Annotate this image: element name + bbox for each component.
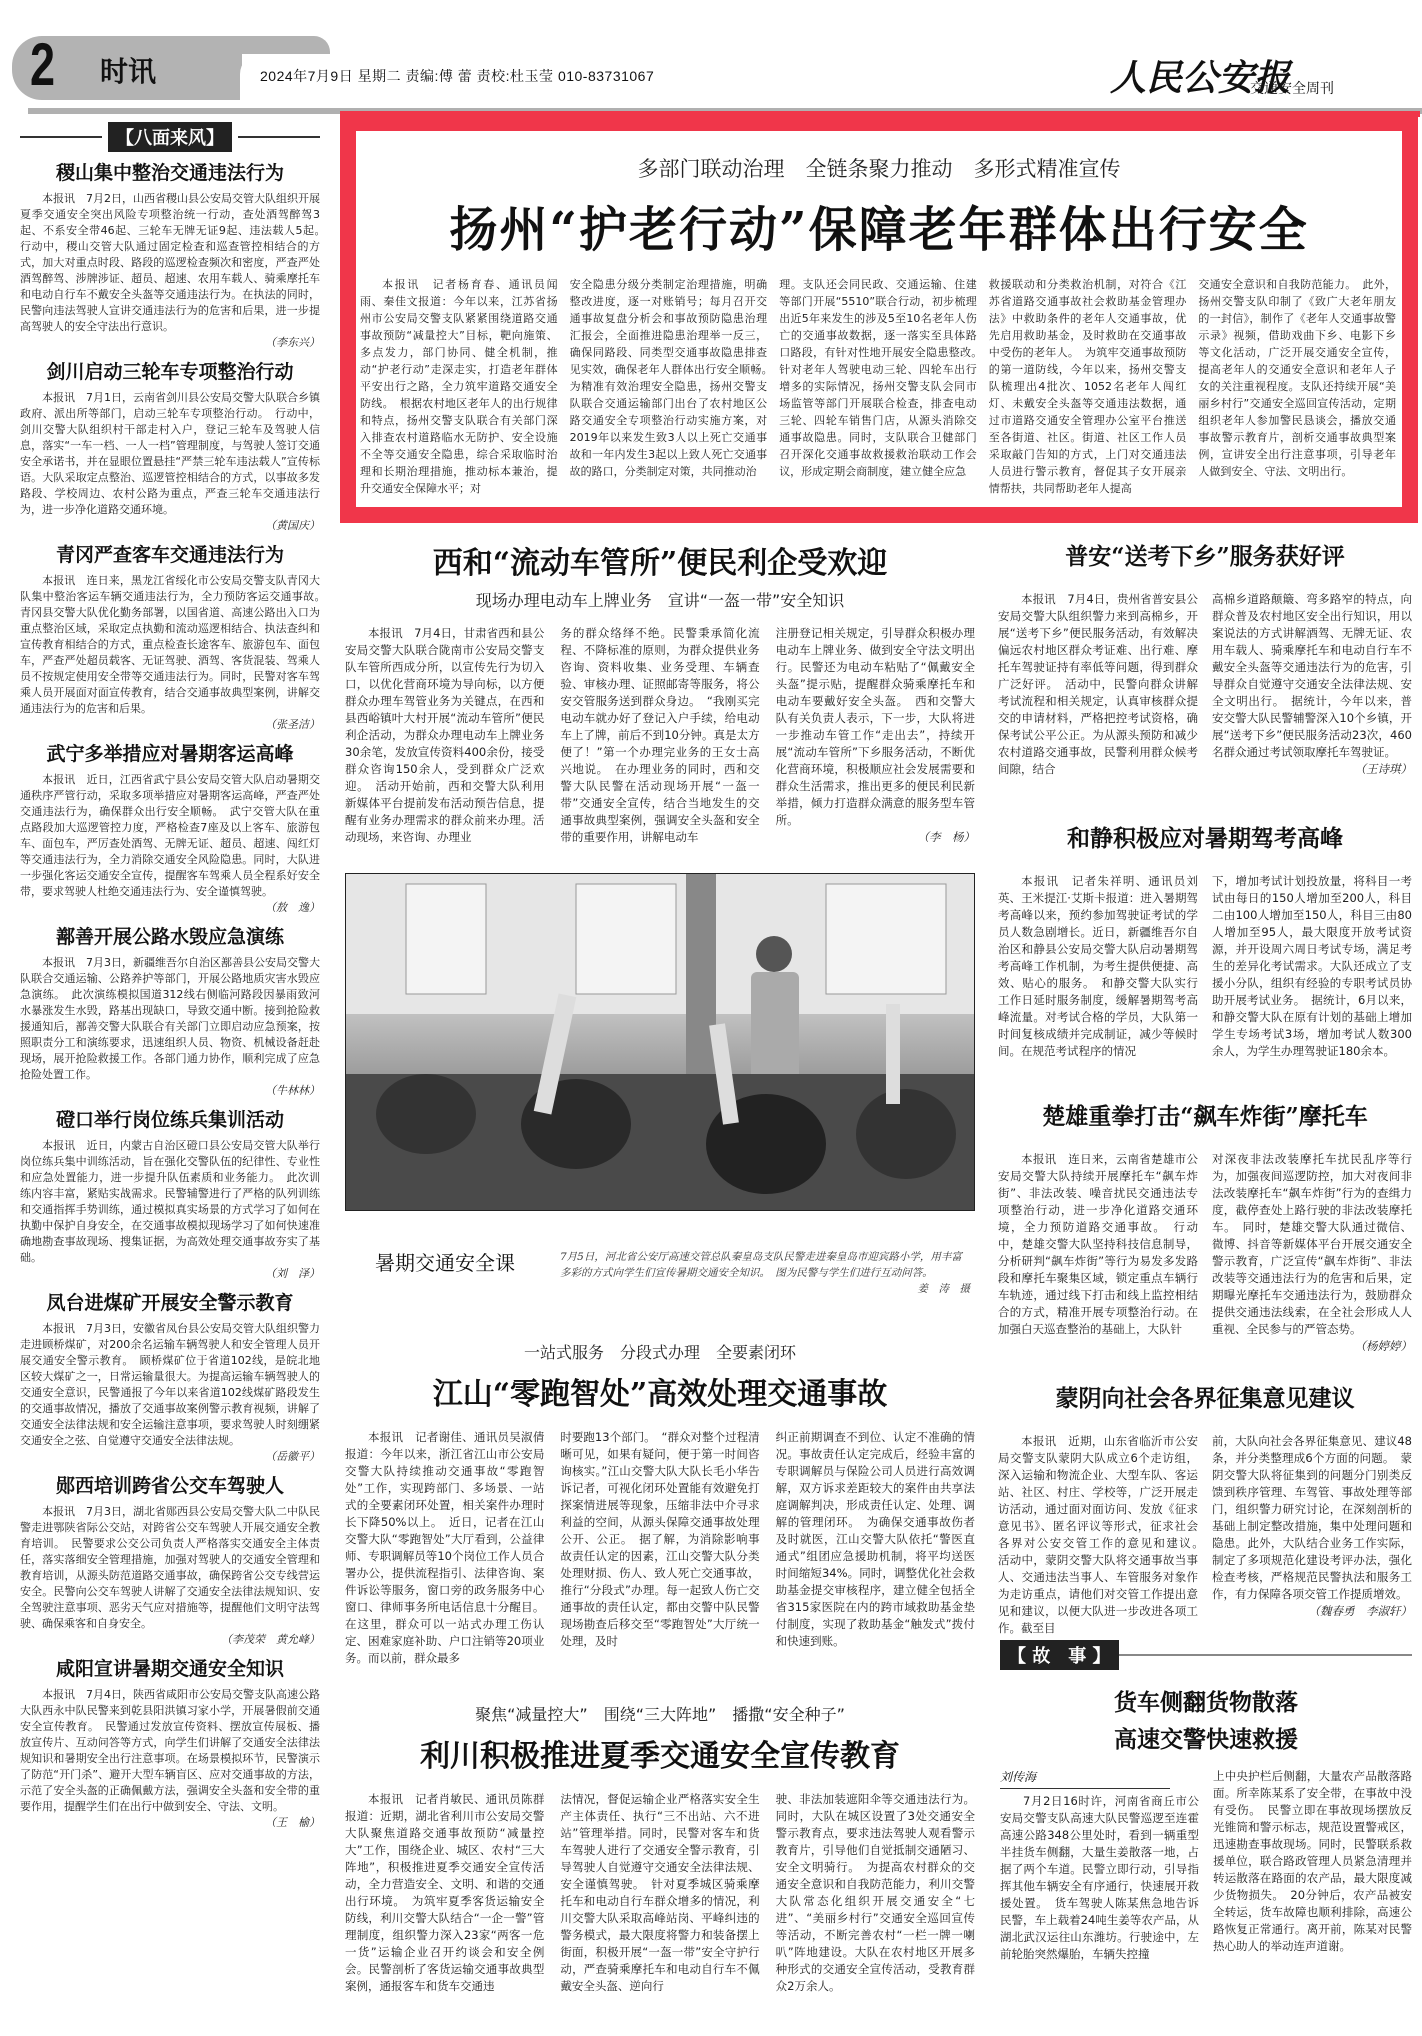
jiangshan-article: 一站式服务 分段式办理 全要素闭环 江山“零跑智处”高效处理交通事故 本报讯 记… [345, 1340, 975, 1667]
brief-body: 本报讯 7月3日，湖北省郧西县公安局交警大队二中队民警走进鄂陕省际公交站，对跨省… [20, 1504, 320, 1648]
article-author: （李 杨） [776, 829, 975, 846]
page-number: 2 [30, 30, 55, 99]
puan-column: 本报讯 7月4日，贵州省普安县公安局交警大队组织警力来到高棉乡，开展“送考下乡”… [998, 591, 1198, 778]
paragraph: 交通安全意识和自我防范能力。 此外，扬州交警支队印制了《致广大老年朋友的一封信》… [1198, 276, 1396, 480]
brief-body: 本报讯 近日，江西省武宁县公安局交管大队启动暑期交通秩序严管行动，采取多项举措应… [20, 772, 320, 916]
article-author: （王诗琪） [1212, 761, 1412, 778]
article-author: （魏春勇 李淑轩） [1212, 1603, 1412, 1620]
article-author: （岳徽平） [20, 1449, 320, 1465]
hejing-column: 本报讯 记者朱祥明、通讯员刘英、王米提江·艾斯卡报道：进入暑期驾考高峰以来，预约… [998, 873, 1198, 1060]
xihe-column: 本报讯 7月4日，甘肃省西和县公安局交警大队联合陇南市公安局交警支队车管所西成分… [345, 625, 544, 846]
paragraph: 理。支队还会同民政、交通运输、住建等部门开展“5510”联合行动，初步梳理出近5… [779, 276, 977, 480]
lead-column: 安全隐患分级分类制定治理措施，明确整改进度，逐一对账销号；每月召开交通事故复盘分… [570, 276, 768, 497]
paragraph: 本报讯 记者谢佳、通讯员吴淑倩报道：今年以来，浙江省江山市公安局交警大队持续推动… [345, 1429, 544, 1667]
lichuan-kicker: 聚焦“减量控大” 围绕“三大阵地” 播撒“安全种子” [345, 1702, 975, 1725]
photo-title: 暑期交通安全课 [375, 1247, 515, 1276]
section-header: 【八面来风】 [20, 122, 320, 152]
story-col-1: 7月2日16时许，河南省商丘市公安局交警支队高速大队民警巡逻至连霍高速公路348… [1000, 1793, 1199, 1963]
article-author: （刘 泽） [20, 1266, 320, 1282]
lichuan-column: 本报讯 记者肖敏民、通讯员陈群报道：近期，湖北省利川市公安局交警大队聚焦道路交通… [345, 1791, 544, 1995]
hejing-column: 下，增加考试计划投放量，将科目一考试由每日的150人增加至200人，科目二由10… [1212, 873, 1412, 1060]
photo-caption: 7月5日，河北省公安厅高速交管总队秦皇岛支队民警走进秦皇岛市迎宾路小学，用丰富多… [560, 1249, 970, 1297]
lichuan-body: 本报讯 记者肖敏民、通讯员陈群报道：近期，湖北省利川市公安局交警大队聚焦道路交通… [345, 1791, 975, 1995]
paragraph: 本报讯 7月1日，云南省剑川县公安局交警大队联合乡镇政府、派出所等部门，启动三轮… [20, 390, 320, 518]
story-author: 刘传海 [1000, 1768, 1170, 1789]
photo-credit: 姜 涛 摄 [560, 1281, 970, 1297]
paragraph: 本报讯 近日，内蒙古自治区磴口县公安局交管大队举行岗位练兵集中训练活动，旨在强化… [20, 1138, 320, 1266]
divider [238, 136, 320, 138]
mengyin-column: 本报讯 近期，山东省临沂市公安局交警支队蒙阴大队成立6个走访组，深入运输和物流企… [998, 1433, 1198, 1637]
article-author: （王 榆） [20, 1815, 320, 1831]
brief-body: 本报讯 近日，内蒙古自治区磴口县公安局交管大队举行岗位练兵集中训练活动，旨在强化… [20, 1138, 320, 1282]
hejing-body: 本报讯 记者朱祥明、通讯员刘英、王米提江·艾斯卡报道：进入暑期驾考高峰以来，预约… [998, 873, 1412, 1060]
article-author: （张圣洁） [20, 717, 320, 733]
chuxiong-body: 本报讯 连日来，云南省楚雄市公安局交警大队持续开展摩托车“飙车炸街”、非法改装、… [998, 1151, 1412, 1355]
article-author: （李东兴） [20, 335, 320, 351]
section-title: 时讯 [100, 50, 156, 90]
classroom-photo-icon [346, 874, 975, 1211]
paragraph: 本报讯 7月4日，甘肃省西和县公安局交警大队联合陇南市公安局交警支队车管所西成分… [345, 625, 544, 846]
lead-column: 本报讯 记者杨育春、通讯员闻雨、秦佳文报道：今年以来，江苏省扬州市公安局交警支队… [360, 276, 558, 497]
jiangshan-headline: 江山“零跑智处”高效处理交通事故 [345, 1369, 975, 1413]
divider [1119, 1654, 1412, 1656]
puan-article: 普安“送考下乡”服务获好评 本报讯 7月4日，贵州省普安县公安局交警大队组织警力… [998, 538, 1412, 778]
paragraph: 本报讯 7月4日，陕西省咸阳市公安局交警支队高速公路大队西永中队民警来到乾县阳洪… [20, 1687, 320, 1815]
chuxiong-headline: 楚雄重拳打击“飙车炸街”摩托车 [998, 1098, 1412, 1131]
brief-body: 本报讯 7月2日，山西省稷山县公安局交管大队组织开展夏季交通安全突出风险专项整治… [20, 191, 320, 351]
story-section-header: 【 故 事 】 [1000, 1640, 1412, 1670]
puan-body: 本报讯 7月4日，贵州省普安县公安局交警大队组织警力来到高棉乡，开展“送考下乡”… [998, 591, 1412, 778]
lead-kicker: 多部门联动治理 全链条聚力推动 多形式精准宣传 [356, 153, 1402, 183]
brief-article: 青冈严查客车交通违法行为本报讯 连日来，黑龙江省绥化市公安局交警支队青冈大队集中… [20, 540, 320, 733]
story-paragraph: 上中央护栏后侧翻，大量农产品散落路面。所幸陈某系了安全带，在事故中没有受伤。 民… [1213, 1768, 1412, 1955]
paragraph: 本报讯 7月4日，贵州省普安县公安局交警大队组织警力来到高棉乡，开展“送考下乡”… [998, 591, 1198, 778]
xihe-subhead: 现场办理电动车上牌业务 宣讲“一盔一带”安全知识 [345, 588, 975, 611]
lead-column: 理。支队还会同民政、交通运输、住建等部门开展“5510”联合行动，初步梳理出近5… [779, 276, 977, 497]
mengyin-headline: 蒙阴向社会各界征集意见建议 [998, 1380, 1412, 1413]
mengyin-body: 本报讯 近期，山东省临沂市公安局交警支队蒙阴大队成立6个走访组，深入运输和物流企… [998, 1433, 1412, 1637]
brief-body: 本报讯 7月4日，陕西省咸阳市公安局交警支队高速公路大队西永中队民警来到乾县阳洪… [20, 1687, 320, 1831]
tab-extension [240, 36, 330, 54]
paragraph: 本报讯 记者杨育春、通讯员闻雨、秦佳文报道：今年以来，江苏省扬州市公安局交警支队… [360, 276, 558, 497]
brief-headline: 磴口举行岗位练兵集训活动 [20, 1105, 320, 1132]
masthead-subtitle: 交通安全周刊 [1250, 78, 1334, 98]
paragraph: 救援联动和分类救治机制，对符合《江苏省道路交通事故社会救助基金管理办法》中救助条… [989, 276, 1187, 497]
jiangshan-kicker: 一站式服务 分段式办理 全要素闭环 [345, 1340, 975, 1363]
brief-body: 本报讯 连日来，黑龙江省绥化市公安局交警支队青冈大队集中整治客运车辆交通违法行为… [20, 573, 320, 733]
story-col-2: 上中央护栏后侧翻，大量农产品散落路面。所幸陈某系了安全带，在事故中没有受伤。 民… [1213, 1768, 1412, 1963]
lead-headline: 扬州“护老行动”保障老年群体出行安全 [356, 191, 1402, 260]
jiangshan-column: 时要跑13个部门。 “群众对整个过程清晰可见，如果有疑问，便于第一时间咨询核实。… [560, 1429, 759, 1667]
paragraph: 务的群众络绎不绝。民警秉承简化流程、不降标准的原则，为群众提供业务咨询、资料收集… [560, 625, 759, 846]
brief-article: 稷山集中整治交通违法行为本报讯 7月2日，山西省稷山县公安局交管大队组织开展夏季… [20, 158, 320, 351]
brief-body: 本报讯 7月1日，云南省剑川县公安局交警大队联合乡镇政府、派出所等部门，启动三轮… [20, 390, 320, 534]
brief-article: 咸阳宣讲暑期交通安全知识本报讯 7月4日，陕西省咸阳市公安局交警支队高速公路大队… [20, 1654, 320, 1831]
paragraph: 本报讯 连日来，云南省楚雄市公安局交警大队持续开展摩托车“飙车炸街”、非法改装、… [998, 1151, 1198, 1338]
xihe-headline: 西和“流动车管所”便民利企受欢迎 [345, 538, 975, 582]
lichuan-column: 驶、非法加装遮阳伞等交通违法行为。同时，大队在城区设置了3处交通安全警示教育点，… [776, 1791, 975, 1995]
paragraph: 本报讯 近日，江西省武宁县公安局交管大队启动暑期交通秩序严管行动，采取多项举措应… [20, 772, 320, 900]
brief-headline: 鄯善开展公路水毁应急演练 [20, 922, 320, 949]
brief-article: 郧西培训跨省公交车驾驶人本报讯 7月3日，湖北省郧西县公安局交警大队二中队民警走… [20, 1471, 320, 1648]
story-label: 【 故 事 】 [1000, 1640, 1119, 1670]
puan-headline: 普安“送考下乡”服务获好评 [998, 538, 1412, 571]
lead-column: 救援联动和分类救治机制，对符合《江苏省道路交通事故社会救助基金管理办法》中救助条… [989, 276, 1187, 497]
news-photo [345, 873, 975, 1211]
dateline: 2024年7月9日 星期二 责编:傅 蕾 责校:杜玉莹 010-83731067 [260, 66, 654, 86]
paragraph: 时要跑13个部门。 “群众对整个过程清晰可见，如果有疑问，便于第一时间咨询核实。… [560, 1429, 759, 1650]
xihe-column: 务的群众络绎不绝。民警秉承简化流程、不降标准的原则，为群众提供业务咨询、资料收集… [560, 625, 759, 846]
brief-headline: 武宁多举措应对暑期客运高峰 [20, 739, 320, 766]
paragraph: 法情况，督促运输企业严格落实安全生产主体责任、执行“三不出站、六不进站”管理举措… [560, 1791, 759, 1995]
paragraph: 纠正前期调查不到位、认定不准确的情况。事故责任认定完成后，经验丰富的专职调解员与… [776, 1429, 975, 1650]
left-articles: 稷山集中整治交通违法行为本报讯 7月2日，山西省稷山县公安局交管大队组织开展夏季… [20, 158, 320, 1831]
brief-article: 剑川启动三轮车专项整治行动本报讯 7月1日，云南省剑川县公安局交警大队联合乡镇政… [20, 357, 320, 534]
xihe-body: 本报讯 7月4日，甘肃省西和县公安局交警大队联合陇南市公安局交警支队车管所西成分… [345, 625, 975, 846]
article-author: （牛林林） [20, 1083, 320, 1099]
article-author: （黄国庆） [20, 518, 320, 534]
paragraph: 驶、非法加装遮阳伞等交通违法行为。同时，大队在城区设置了3处交通安全警示教育点，… [776, 1791, 975, 1995]
caption-text: 7月5日，河北省公安厅高速交管总队秦皇岛支队民警走进秦皇岛市迎宾路小学，用丰富多… [560, 1251, 962, 1279]
lichuan-column: 法情况，督促运输企业严格落实安全生产主体责任、执行“三不出站、六不进站”管理举措… [560, 1791, 759, 1995]
paragraph: 本报讯 连日来，黑龙江省绥化市公安局交警支队青冈大队集中整治客运车辆交通违法行为… [20, 573, 320, 717]
brief-article: 鄯善开展公路水毁应急演练本报讯 7月3日，新疆维吾尔自治区鄯善县公安局交警大队联… [20, 922, 320, 1099]
chuxiong-article: 楚雄重拳打击“飙车炸街”摩托车 本报讯 连日来，云南省楚雄市公安局交警大队持续开… [998, 1098, 1412, 1355]
puan-column: 高棉乡道路颠簸、弯多路窄的特点，向群众普及农村地区安全出行知识，用以案说法的方式… [1212, 591, 1412, 778]
brief-headline: 郧西培训跨省公交车驾驶人 [20, 1471, 320, 1498]
lichuan-headline: 利川积极推进夏季交通安全宣传教育 [345, 1731, 975, 1775]
left-column: 【八面来风】 稷山集中整治交通违法行为本报讯 7月2日，山西省稷山县公安局交管大… [20, 122, 320, 1837]
divider [20, 136, 102, 138]
paragraph: 本报讯 近期，山东省临沂市公安局交警支队蒙阴大队成立6个走访组，深入运输和物流企… [998, 1433, 1198, 1637]
brief-headline: 青冈严查客车交通违法行为 [20, 540, 320, 567]
paragraph: 注册登记相关规定，引导群众积极办理电动车上牌业务、做到安全守法文明出行。民警还为… [776, 625, 975, 829]
story-headline-1: 货车侧翻货物散落 [1000, 1684, 1412, 1717]
lead-article-box: 多部门联动治理 全链条聚力推动 多形式精准宣传 扬州“护老行动”保障老年群体出行… [340, 115, 1418, 523]
chuxiong-column: 本报讯 连日来，云南省楚雄市公安局交警大队持续开展摩托车“飙车炸街”、非法改装、… [998, 1151, 1198, 1355]
brief-headline: 剑川启动三轮车专项整治行动 [20, 357, 320, 384]
paragraph: 本报讯 7月3日，安徽省凤台县公安局交管大队组织警力走进顾桥煤矿，对200余名运… [20, 1321, 320, 1449]
mengyin-column: 前，大队向社会各界征集意见、建议48条，并分类整理成6个方面的问题。 蒙阴交警大… [1212, 1433, 1412, 1637]
paragraph: 对深夜非法改装摩托车扰民乱序等行为，加强夜间巡逻防控，加大对夜间非法改装摩托车“… [1212, 1151, 1412, 1338]
brief-body: 本报讯 7月3日，安徽省凤台县公安局交管大队组织警力走进顾桥煤矿，对200余名运… [20, 1321, 320, 1465]
article-author: （李茂荣 黄允峰） [20, 1632, 320, 1648]
jiangshan-body: 本报讯 记者谢佳、通讯员吴淑倩报道：今年以来，浙江省江山市公安局交警大队持续推动… [345, 1429, 975, 1667]
paragraph: 本报讯 7月3日，湖北省郧西县公安局交警大队二中队民警走进鄂陕省际公交站，对跨省… [20, 1504, 320, 1632]
paragraph: 前，大队向社会各界征集意见、建议48条，并分类整理成6个方面的问题。 蒙阴交警大… [1212, 1433, 1412, 1603]
paragraph: 本报讯 记者肖敏民、通讯员陈群报道：近期，湖北省利川市公安局交警大队聚焦道路交通… [345, 1791, 544, 1995]
section-label: 【八面来风】 [108, 122, 232, 152]
story-headline-2: 高速交警快速救援 [1000, 1721, 1412, 1754]
brief-headline: 咸阳宣讲暑期交通安全知识 [20, 1654, 320, 1681]
brief-article: 武宁多举措应对暑期客运高峰本报讯 近日，江西省武宁县公安局交管大队启动暑期交通秩… [20, 739, 320, 916]
jiangshan-column: 纠正前期调查不到位、认定不准确的情况。事故责任认定完成后，经验丰富的专职调解员与… [776, 1429, 975, 1667]
article-author: （敖 逸） [20, 900, 320, 916]
story-paragraph: 7月2日16时许，河南省商丘市公安局交警支队高速大队民警巡逻至连霍高速公路348… [1000, 1793, 1199, 1963]
brief-body: 本报讯 7月3日，新疆维吾尔自治区鄯善县公安局交警大队联合交通运输、公路养护等部… [20, 955, 320, 1099]
xihe-article: 西和“流动车管所”便民利企受欢迎 现场办理电动车上牌业务 宣讲“一盔一带”安全知… [345, 538, 975, 846]
chuxiong-column: 对深夜非法改装摩托车扰民乱序等行为，加强夜间巡逻防控，加大对夜间非法改装摩托车“… [1212, 1151, 1412, 1355]
lead-body: 本报讯 记者杨育春、通讯员闻雨、秦佳文报道：今年以来，江苏省扬州市公安局交警支队… [356, 260, 1402, 497]
story-article: 【 故 事 】 货车侧翻货物散落 高速交警快速救援 刘传海 7月2日16时许，河… [1000, 1640, 1412, 1963]
paragraph: 本报讯 记者朱祥明、通讯员刘英、王米提江·艾斯卡报道：进入暑期驾考高峰以来，预约… [998, 873, 1198, 1060]
paragraph: 下，增加考试计划投放量，将科目一考试由每日的150人增加至200人，科目二由10… [1212, 873, 1412, 1060]
xihe-column: 注册登记相关规定，引导群众积极办理电动车上牌业务、做到安全守法文明出行。民警还为… [776, 625, 975, 846]
brief-headline: 凤台进煤矿开展安全警示教育 [20, 1288, 320, 1315]
paragraph: 高棉乡道路颠簸、弯多路窄的特点，向群众普及农村地区安全出行知识，用以案说法的方式… [1212, 591, 1412, 761]
brief-article: 磴口举行岗位练兵集训活动本报讯 近日，内蒙古自治区磴口县公安局交管大队举行岗位练… [20, 1105, 320, 1282]
paragraph: 本报讯 7月3日，新疆维吾尔自治区鄯善县公安局交警大队联合交通运输、公路养护等部… [20, 955, 320, 1083]
paragraph: 安全隐患分级分类制定治理措施，明确整改进度，逐一对账销号；每月召开交通事故复盘分… [570, 276, 768, 480]
article-author: （杨婷婷） [1212, 1338, 1412, 1355]
mengyin-article: 蒙阴向社会各界征集意见建议 本报讯 近期，山东省临沂市公安局交警支队蒙阴大队成立… [998, 1380, 1412, 1637]
hejing-headline: 和静积极应对暑期驾考高峰 [998, 820, 1412, 853]
lichuan-article: 聚焦“减量控大” 围绕“三大阵地” 播撒“安全种子” 利川积极推进夏季交通安全宣… [345, 1702, 975, 1995]
jiangshan-column: 本报讯 记者谢佳、通讯员吴淑倩报道：今年以来，浙江省江山市公安局交警大队持续推动… [345, 1429, 544, 1667]
hejing-article: 和静积极应对暑期驾考高峰 本报讯 记者朱祥明、通讯员刘英、王米提江·艾斯卡报道：… [998, 820, 1412, 1060]
brief-article: 凤台进煤矿开展安全警示教育本报讯 7月3日，安徽省凤台县公安局交管大队组织警力走… [20, 1288, 320, 1465]
lead-column: 交通安全意识和自我防范能力。 此外，扬州交警支队印制了《致广大老年朋友的一封信》… [1198, 276, 1396, 497]
brief-headline: 稷山集中整治交通违法行为 [20, 158, 320, 185]
paragraph: 本报讯 7月2日，山西省稷山县公安局交管大队组织开展夏季交通安全突出风险专项整治… [20, 191, 320, 335]
